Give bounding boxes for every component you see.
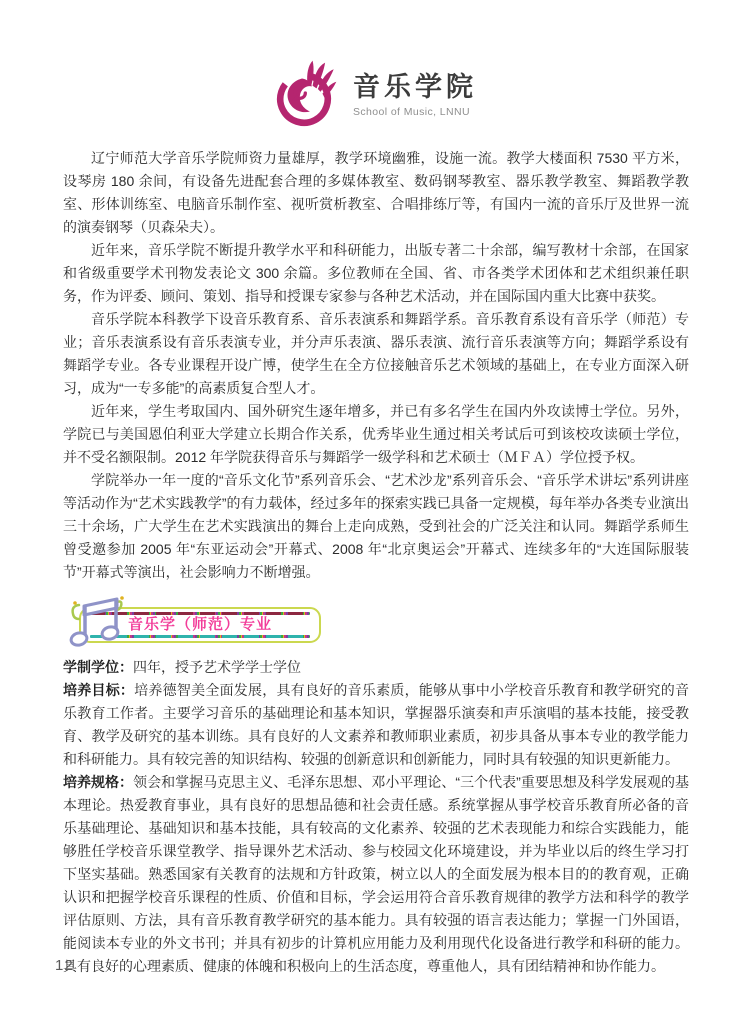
degree-label: 学制学位：: [63, 659, 133, 675]
intro-paragraph-2: 近年来，音乐学院不断提升教学水平和科研能力，出版专著二十余部，编写教材十余部，在…: [63, 239, 689, 308]
document-page: 音乐学院 School of Music, LNNU 辽宁师范大学音乐学院师资力…: [0, 0, 748, 1016]
objective-label: 培养目标：: [63, 682, 134, 698]
section-banner: 音乐学（师范）专业: [77, 599, 337, 643]
school-name-en: School of Music, LNNU: [353, 106, 477, 118]
specification-paragraph: 培养规格：领会和掌握马克思主义、毛泽东思想、邓小平理论、“三个代表”重要思想及科…: [63, 771, 689, 978]
degree-text: 四年，授予艺术学学士学位: [133, 659, 301, 675]
specification-text: 领会和掌握马克思主义、毛泽东思想、邓小平理论、“三个代表”重要思想及科学发展观的…: [63, 774, 689, 974]
objective-paragraph: 培养目标：培养德智美全面发展，具有良好的音乐素质，能够从事中小学校音乐教育和教学…: [63, 679, 689, 771]
school-name-cn: 音乐学院: [353, 72, 477, 102]
page-number: 12: [55, 957, 74, 974]
degree-line: 学制学位：四年，授予艺术学学士学位: [63, 656, 689, 679]
logo-text: 音乐学院 School of Music, LNNU: [353, 72, 477, 118]
intro-paragraph-4: 近年来，学生考取国内、国外研究生逐年增多，并已有多名学生在国内外攻读博士学位。另…: [63, 400, 689, 469]
phoenix-logo-icon: [271, 60, 337, 130]
school-logo: 音乐学院 School of Music, LNNU: [0, 58, 748, 132]
music-notes-icon: [69, 593, 127, 649]
intro-paragraph-5: 学院举办一年一度的“音乐文化节”系列音乐会、“艺术沙龙”系列音乐会、“音乐学术讲…: [63, 469, 689, 584]
intro-paragraph-3: 音乐学院本科教学下设音乐教育系、音乐表演系和舞蹈学系。音乐教育系设有音乐学（师范…: [63, 308, 689, 400]
page-content: 辽宁师范大学音乐学院师资力量雄厚，教学环境幽雅，设施一流。教学大楼面积 7530…: [63, 147, 689, 978]
objective-text: 培养德智美全面发展，具有良好的音乐素质，能够从事中小学校音乐教育和教学研究的音乐…: [63, 682, 689, 767]
specification-label: 培养规格：: [63, 774, 133, 790]
intro-paragraph-1: 辽宁师范大学音乐学院师资力量雄厚，教学环境幽雅，设施一流。教学大楼面积 7530…: [63, 147, 689, 239]
